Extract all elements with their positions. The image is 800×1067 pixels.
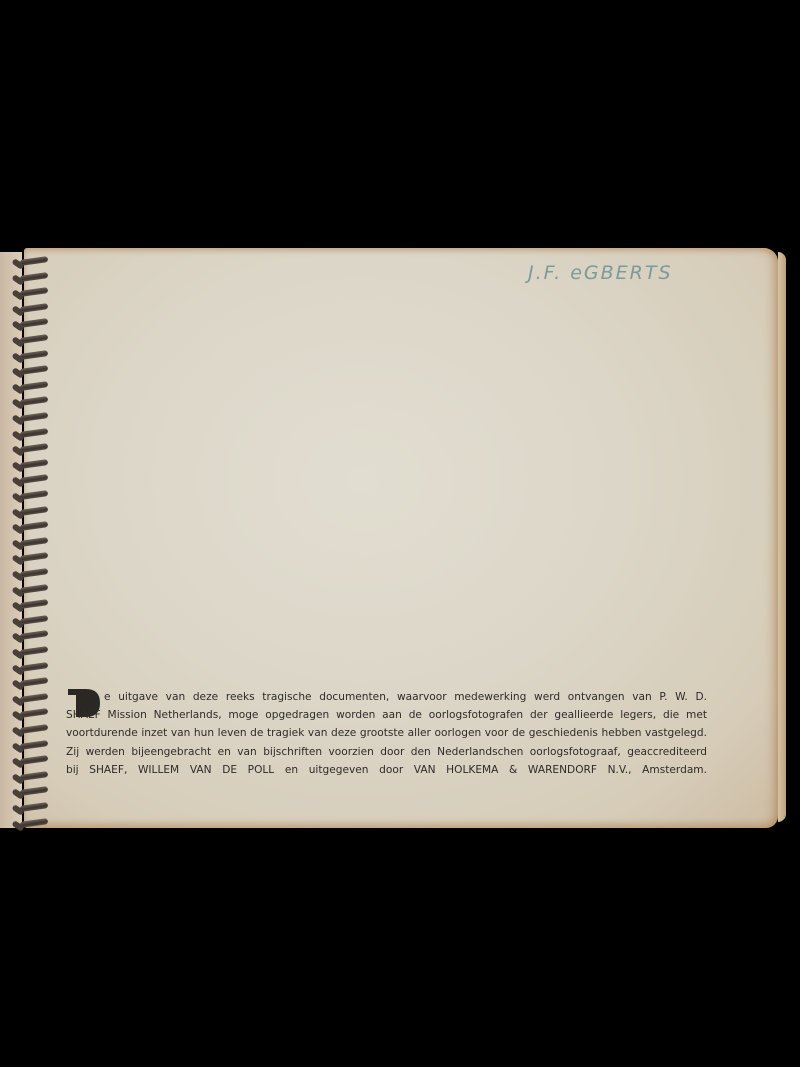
- spiral-coil: [10, 804, 48, 811]
- spiral-coil: [10, 820, 48, 827]
- spiral-coil: [10, 539, 48, 546]
- spiral-coil: [10, 492, 48, 499]
- spiral-coil: [10, 570, 48, 577]
- spiral-coil: [10, 461, 48, 468]
- spiral-coil: [10, 352, 48, 359]
- spiral-coil: [10, 632, 48, 639]
- handwritten-signature: J.F. eGBERTS: [528, 262, 673, 284]
- spiral-coil: [10, 742, 48, 749]
- dedication-line: e uitgave van deze reeks tragische docum…: [66, 688, 707, 706]
- spiral-coil: [10, 383, 48, 390]
- spiral-coil: [10, 476, 48, 483]
- page-stack-edge: [778, 252, 786, 822]
- spiral-coil: [10, 289, 48, 296]
- spiral-coil: [10, 773, 48, 780]
- spiral-coil: [10, 320, 48, 327]
- spiral-coil: [10, 508, 48, 515]
- dedication-line: Zij werden bijeengebracht en van bijschr…: [66, 743, 707, 761]
- dedication-line: SHAEF Mission Netherlands, moge opgedrag…: [66, 706, 707, 724]
- spiral-coil: [10, 710, 48, 717]
- spiral-coil: [10, 523, 48, 530]
- spiral-coil: [10, 554, 48, 561]
- spiral-coil: [10, 664, 48, 671]
- spiral-coil: [10, 648, 48, 655]
- spiral-coil: [10, 586, 48, 593]
- spiral-coil: [10, 617, 48, 624]
- spiral-coil: [10, 679, 48, 686]
- spiral-coil: [10, 445, 48, 452]
- dedication-text: e uitgave van deze reeks tragische docum…: [66, 688, 707, 779]
- spiral-coil: [10, 414, 48, 421]
- dedication-line: voortdurende inzet van hun leven de trag…: [66, 724, 707, 742]
- spiral-coil: [10, 367, 48, 374]
- spiral-coil: [10, 757, 48, 764]
- spiral-coil: [10, 274, 48, 281]
- spiral-coil: [10, 726, 48, 733]
- spiral-binding: [4, 254, 54, 824]
- spiral-coil: [10, 601, 48, 608]
- spiral-coil: [10, 398, 48, 405]
- spiral-coil: [10, 430, 48, 437]
- spiral-coil: [10, 258, 48, 265]
- spiral-coil: [10, 336, 48, 343]
- spiral-coil: [10, 305, 48, 312]
- dedication-line: bij SHAEF, WILLEM VAN DE POLL en uitgege…: [66, 761, 707, 779]
- spiral-coil: [10, 695, 48, 702]
- spiral-coil: [10, 788, 48, 795]
